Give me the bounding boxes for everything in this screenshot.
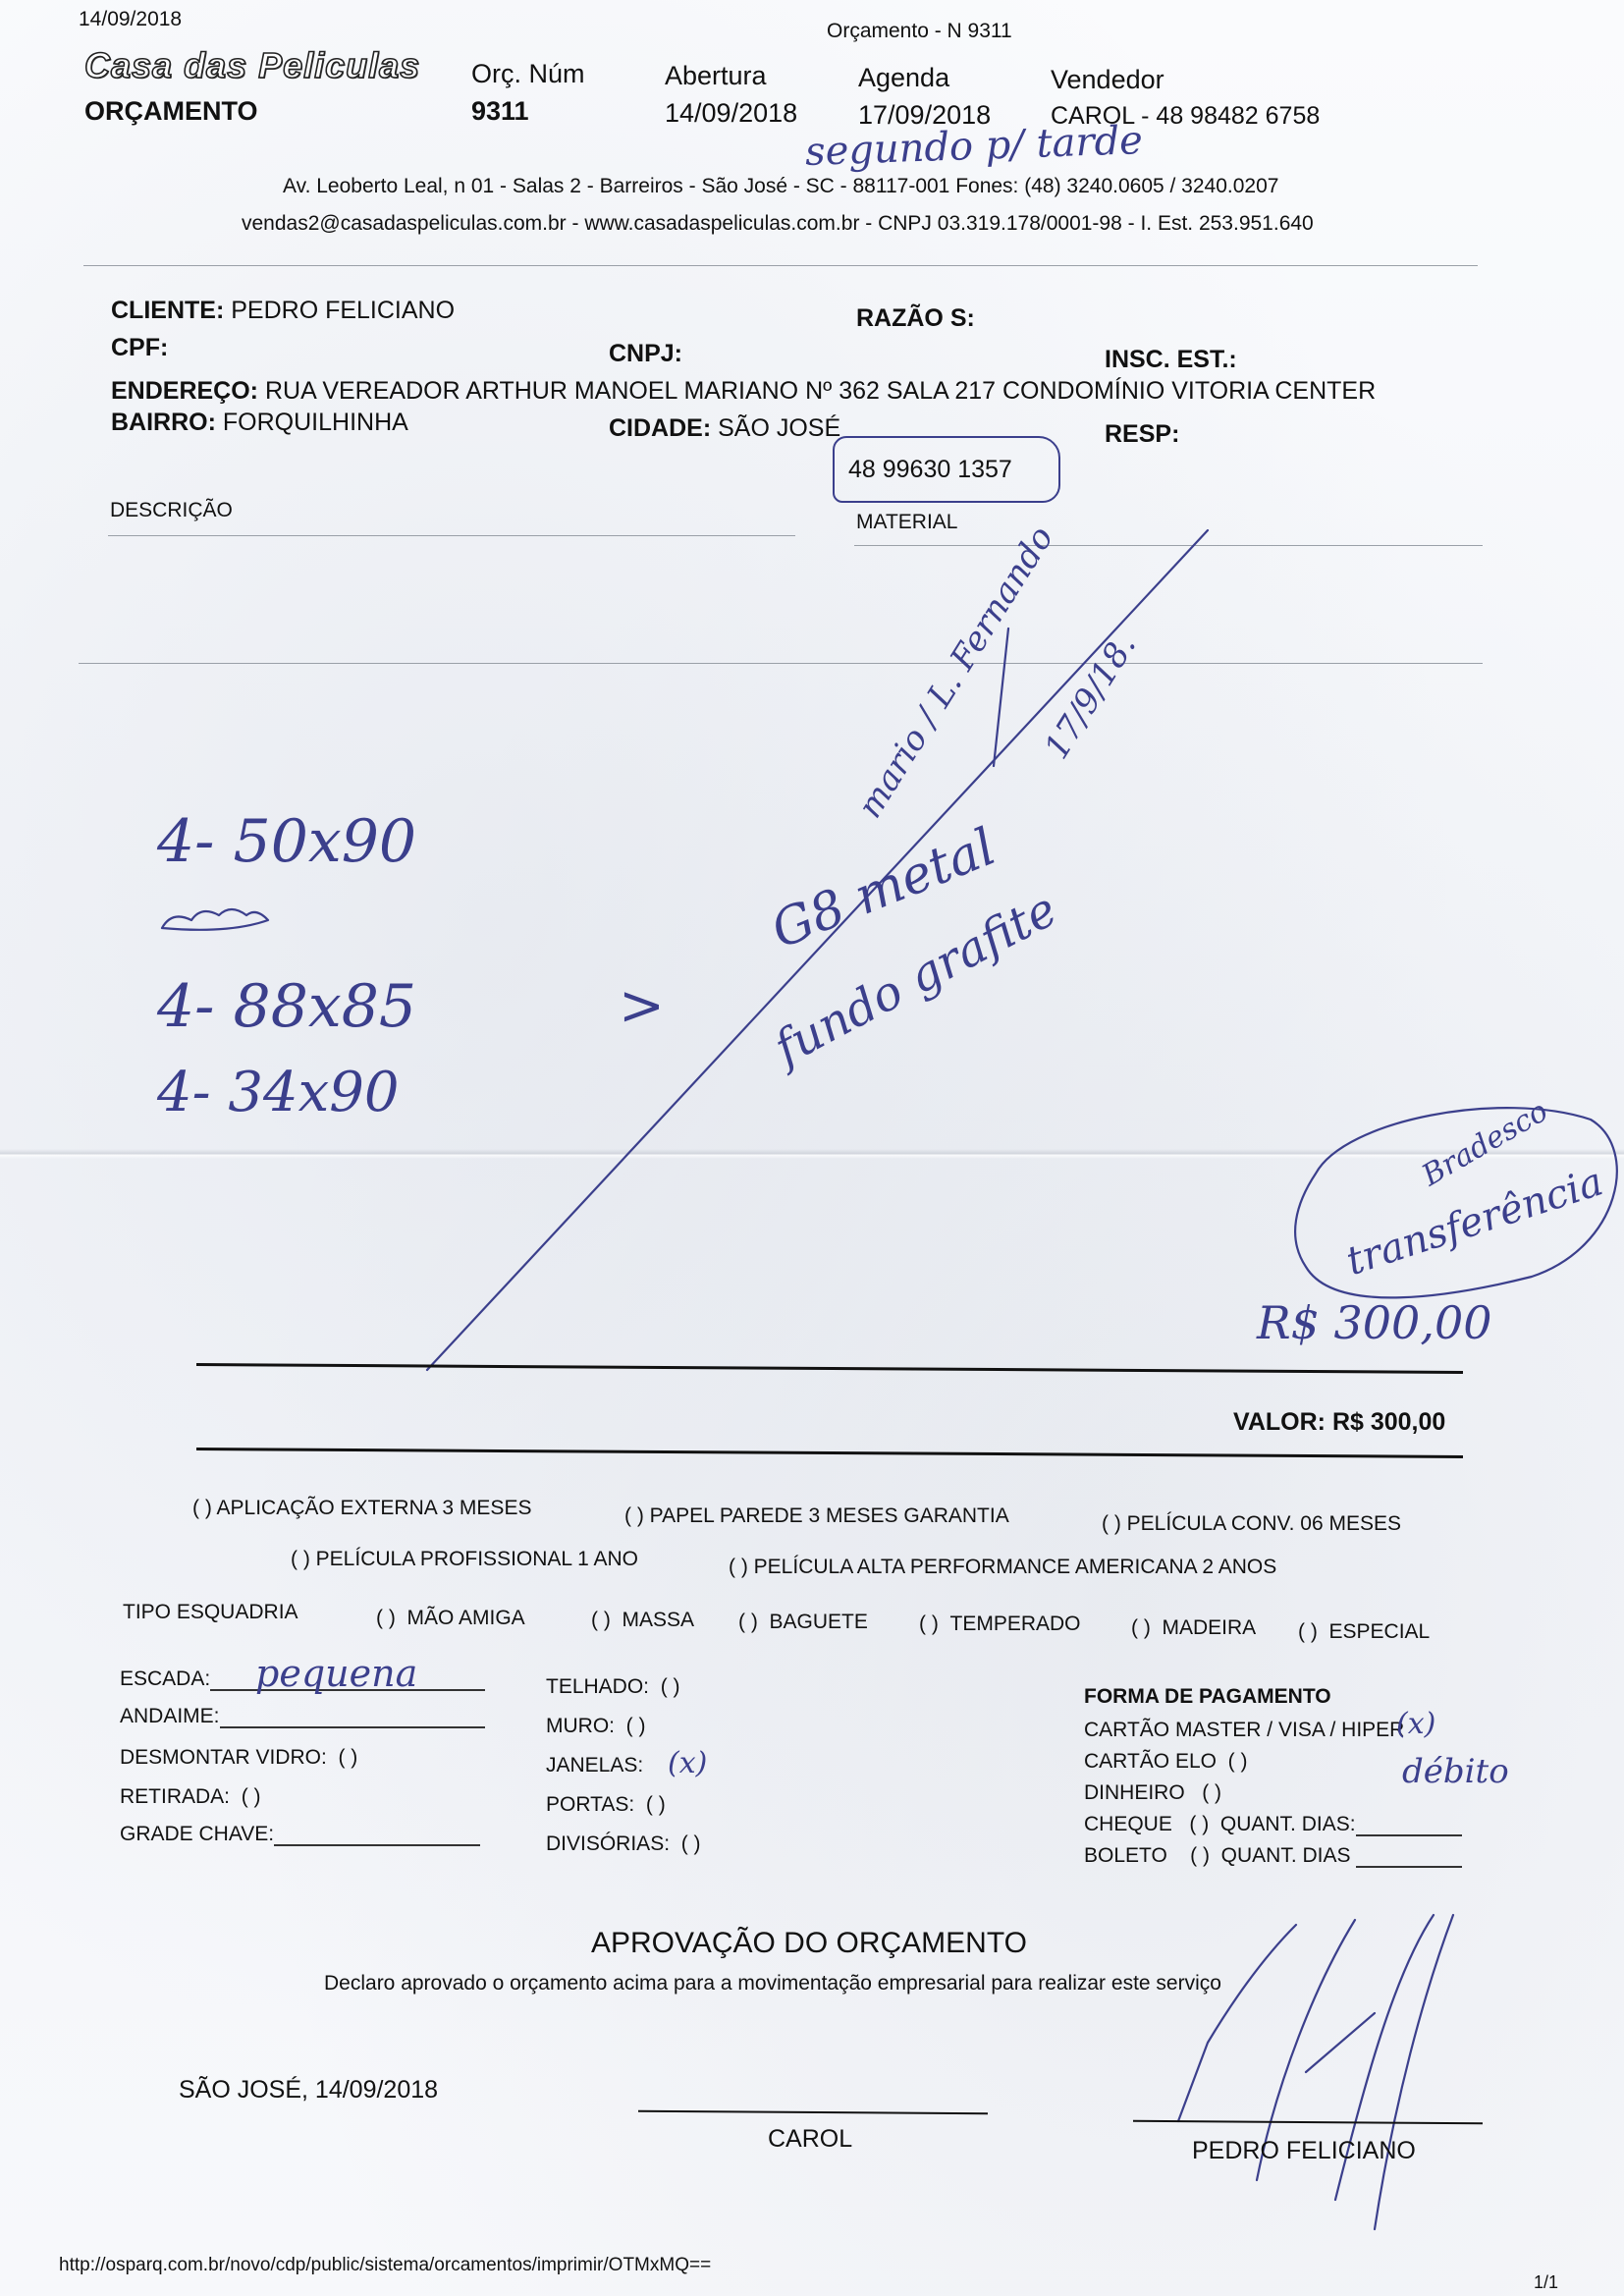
- approval-declaration: Declaro aprovado o orçamento acima para …: [324, 1972, 1221, 1995]
- checkbox[interactable]: ( ): [681, 1832, 701, 1855]
- andaime-field[interactable]: ANDAIME:: [120, 1705, 485, 1728]
- esquadria-option[interactable]: ( ) MÃO AMIGA: [376, 1607, 525, 1630]
- janelas-field[interactable]: JANELAS:: [546, 1754, 643, 1777]
- valor-value: R$ 300,00: [1332, 1408, 1445, 1436]
- payment-cartao-master[interactable]: CARTÃO MASTER / VISA / HIPER: [1084, 1719, 1404, 1742]
- option-label: MASSA: [623, 1609, 695, 1631]
- checkbox[interactable]: ( ): [291, 1548, 310, 1570]
- service-label: PAPEL PAREDE 3 MESES GARANTIA: [650, 1504, 1009, 1527]
- checkbox[interactable]: ( ): [192, 1497, 212, 1519]
- approval-title: APROVAÇÃO DO ORÇAMENTO: [591, 1927, 1027, 1960]
- abertura-value: 14/09/2018: [665, 98, 797, 129]
- service-option[interactable]: ( ) PELÍCULA CONV. 06 MESES: [1102, 1512, 1401, 1536]
- checkbox[interactable]: ( ): [1131, 1616, 1151, 1639]
- company-logo: Casa das Peliculas: [84, 45, 420, 86]
- option-label: MÃO AMIGA: [407, 1607, 525, 1629]
- doc-title: Orçamento - N 9311: [827, 20, 1012, 43]
- service-option[interactable]: ( ) APLICAÇÃO EXTERNA 3 MESES: [192, 1497, 531, 1520]
- checkbox[interactable]: ( ): [624, 1504, 644, 1527]
- payment-cheque[interactable]: CHEQUE ( ) QUANT. DIAS:: [1084, 1813, 1462, 1836]
- checkbox[interactable]: ( ): [646, 1793, 666, 1816]
- phone-value: 48 99630 1357: [848, 456, 1012, 484]
- esquadria-option[interactable]: ( ) TEMPERADO: [919, 1613, 1081, 1636]
- company-address: Av. Leoberto Leal, n 01 - Salas 2 - Barr…: [283, 175, 1278, 198]
- payment-title: FORMA DE PAGAMENTO: [1084, 1685, 1331, 1709]
- option-label: DINHEIRO: [1084, 1781, 1185, 1804]
- checkbox[interactable]: ( ): [919, 1613, 939, 1635]
- handwritten-janelas-mark: (x): [668, 1746, 707, 1780]
- doc-type: ORÇAMENTO: [84, 96, 258, 127]
- divisorias-label: DIVISÓRIAS:: [546, 1832, 670, 1855]
- divisorias-field[interactable]: DIVISÓRIAS: ( ): [546, 1832, 701, 1856]
- checkbox[interactable]: ( ): [626, 1715, 646, 1737]
- service-option[interactable]: ( ) PELÍCULA ALTA PERFORMANCE AMERICANA …: [729, 1556, 1276, 1579]
- service-option[interactable]: ( ) PAPEL PAREDE 3 MESES GARANTIA: [624, 1504, 1009, 1528]
- payment-boleto[interactable]: BOLETO ( ) QUANT. DIAS: [1084, 1844, 1462, 1868]
- checkbox[interactable]: ( ): [242, 1785, 261, 1808]
- checkbox[interactable]: ( ): [729, 1556, 748, 1578]
- handwritten-item-1: 4- 50x90: [157, 807, 416, 876]
- service-label: PELÍCULA PROFISSIONAL 1 ANO: [316, 1548, 638, 1570]
- handwritten-item-3: 4- 34x90: [157, 1061, 399, 1124]
- handwritten-amount: R$ 300,00: [1257, 1296, 1491, 1349]
- descricao-label: DESCRIÇÃO: [110, 499, 233, 522]
- checkbox[interactable]: ( ): [1298, 1620, 1318, 1643]
- orc-num-value: 9311: [471, 96, 529, 127]
- cnpj-label: CNPJ:: [609, 340, 682, 368]
- razao-label: RAZÃO S:: [856, 304, 975, 333]
- esquadria-label: TIPO ESQUADRIA: [123, 1601, 298, 1624]
- esquadria-option[interactable]: ( ) MADEIRA: [1131, 1616, 1256, 1640]
- cliente-value: PEDRO FELICIANO: [231, 297, 455, 324]
- grade-label: GRADE CHAVE:: [120, 1823, 274, 1845]
- valor-field: VALOR: R$ 300,00: [1233, 1408, 1445, 1437]
- muro-field[interactable]: MURO: ( ): [546, 1715, 646, 1738]
- checkbox[interactable]: ( ): [1189, 1813, 1209, 1835]
- client-name: PEDRO FELICIANO: [1192, 2137, 1416, 2165]
- bairro-field: BAIRRO: FORQUILHINHA: [111, 409, 408, 437]
- cidade-field: CIDADE: SÃO JOSÉ: [609, 414, 840, 443]
- esquadria-option[interactable]: ( ) ESPECIAL: [1298, 1620, 1430, 1644]
- checkbox[interactable]: ( ): [1202, 1781, 1221, 1804]
- andaime-label: ANDAIME:: [120, 1705, 220, 1727]
- handwritten-item-2: 4- 88x85: [157, 972, 416, 1041]
- client-field: CLIENTE: PEDRO FELICIANO: [111, 297, 455, 325]
- cidade-label: CIDADE:: [609, 414, 711, 442]
- endereco-label: ENDEREÇO:: [111, 377, 258, 405]
- seller-name: CAROL: [768, 2125, 852, 2154]
- portas-label: PORTAS:: [546, 1793, 634, 1816]
- option-label: CHEQUE: [1084, 1813, 1172, 1835]
- handwritten-escada-value: pequena: [255, 1652, 417, 1695]
- retirada-field[interactable]: RETIRADA: ( ): [120, 1785, 261, 1809]
- cidade-value: SÃO JOSÉ: [718, 414, 840, 442]
- checkbox[interactable]: ( ): [1228, 1750, 1248, 1773]
- handwritten-debito-note: débito: [1402, 1752, 1509, 1791]
- telhado-field[interactable]: TELHADO: ( ): [546, 1675, 680, 1699]
- payment-cartao-elo[interactable]: CARTÃO ELO ( ): [1084, 1750, 1247, 1774]
- cheque-dias-input[interactable]: [1356, 1834, 1462, 1836]
- option-label: CARTÃO ELO: [1084, 1750, 1217, 1773]
- descricao-rule: [108, 535, 795, 536]
- telhado-label: TELHADO:: [546, 1675, 649, 1698]
- option-label: MADEIRA: [1163, 1616, 1257, 1639]
- endereco-field: ENDEREÇO: RUA VEREADOR ARTHUR MANOEL MAR…: [111, 377, 1376, 406]
- print-date: 14/09/2018: [79, 8, 182, 31]
- abertura-label: Abertura: [665, 61, 767, 91]
- andaime-input[interactable]: [220, 1726, 485, 1728]
- paper-fold: [0, 1149, 1624, 1159]
- vendedor-label: Vendedor: [1051, 65, 1164, 95]
- muro-label: MURO:: [546, 1715, 615, 1737]
- service-label: APLICAÇÃO EXTERNA 3 MESES: [217, 1497, 532, 1519]
- insc-label: INSC. EST.:: [1105, 346, 1237, 374]
- orc-num-label: Orç. Núm: [471, 59, 585, 89]
- checkbox[interactable]: ( ): [591, 1609, 611, 1631]
- place-date: SÃO JOSÉ, 14/09/2018: [179, 2076, 438, 2105]
- option-label: BOLETO: [1084, 1844, 1167, 1867]
- escada-label: ESCADA:: [120, 1667, 210, 1690]
- checkbox[interactable]: ( ): [338, 1746, 357, 1769]
- service-label: PELÍCULA CONV. 06 MESES: [1127, 1512, 1401, 1535]
- esquadria-option[interactable]: ( ) BAGUETE: [738, 1611, 868, 1634]
- dias-label: QUANT. DIAS:: [1220, 1813, 1356, 1835]
- dias-label: QUANT. DIAS: [1221, 1844, 1351, 1867]
- company-contact: vendas2@casadaspeliculas.com.br - www.ca…: [242, 212, 1314, 236]
- cliente-label: CLIENTE:: [111, 297, 224, 324]
- bairro-label: BAIRRO:: [111, 409, 216, 436]
- resp-label: RESP:: [1105, 420, 1179, 449]
- checkbox[interactable]: ( ): [738, 1611, 758, 1633]
- footer-url[interactable]: http://osparq.com.br/novo/cdp/public/sis…: [59, 2255, 711, 2276]
- service-label: PELÍCULA ALTA PERFORMANCE AMERICANA 2 AN…: [754, 1556, 1277, 1578]
- checkbox[interactable]: ( ): [661, 1675, 680, 1698]
- portas-field[interactable]: PORTAS: ( ): [546, 1793, 666, 1817]
- grade-field[interactable]: GRADE CHAVE:: [120, 1823, 480, 1846]
- option-label: BAGUETE: [770, 1611, 868, 1633]
- retirada-label: RETIRADA:: [120, 1785, 230, 1808]
- checkbox[interactable]: ( ): [376, 1607, 396, 1629]
- bairro-value: FORQUILHINHA: [223, 409, 408, 436]
- payment-dinheiro[interactable]: DINHEIRO ( ): [1084, 1781, 1221, 1805]
- endereco-value: RUA VEREADOR ARTHUR MANOEL MARIANO Nº 36…: [265, 377, 1376, 405]
- grade-input[interactable]: [274, 1844, 480, 1846]
- boleto-dias-input[interactable]: [1356, 1866, 1462, 1868]
- cpf-label: CPF:: [111, 334, 168, 362]
- handwritten-arrow: >: [619, 974, 665, 1038]
- option-label: TEMPERADO: [950, 1613, 1081, 1635]
- desmontar-label: DESMONTAR VIDRO:: [120, 1746, 327, 1769]
- page-number: 1/1: [1534, 2272, 1558, 2293]
- service-option[interactable]: ( ) PELÍCULA PROFISSIONAL 1 ANO: [291, 1548, 638, 1571]
- checkbox[interactable]: ( ): [1102, 1512, 1121, 1535]
- desmontar-field[interactable]: DESMONTAR VIDRO: ( ): [120, 1746, 357, 1770]
- option-label: ESPECIAL: [1329, 1620, 1431, 1643]
- checkbox[interactable]: ( ): [1190, 1844, 1210, 1867]
- material-label: MATERIAL: [856, 511, 957, 534]
- valor-label: VALOR:: [1233, 1408, 1326, 1436]
- material-rule: [854, 545, 1483, 546]
- divider: [83, 265, 1478, 266]
- agenda-label: Agenda: [858, 63, 949, 93]
- handwritten-cartao-mark: (x): [1396, 1707, 1435, 1741]
- esquadria-option[interactable]: ( ) MASSA: [591, 1609, 694, 1632]
- janelas-label: JANELAS:: [546, 1754, 643, 1777]
- section-rule: [79, 663, 1483, 664]
